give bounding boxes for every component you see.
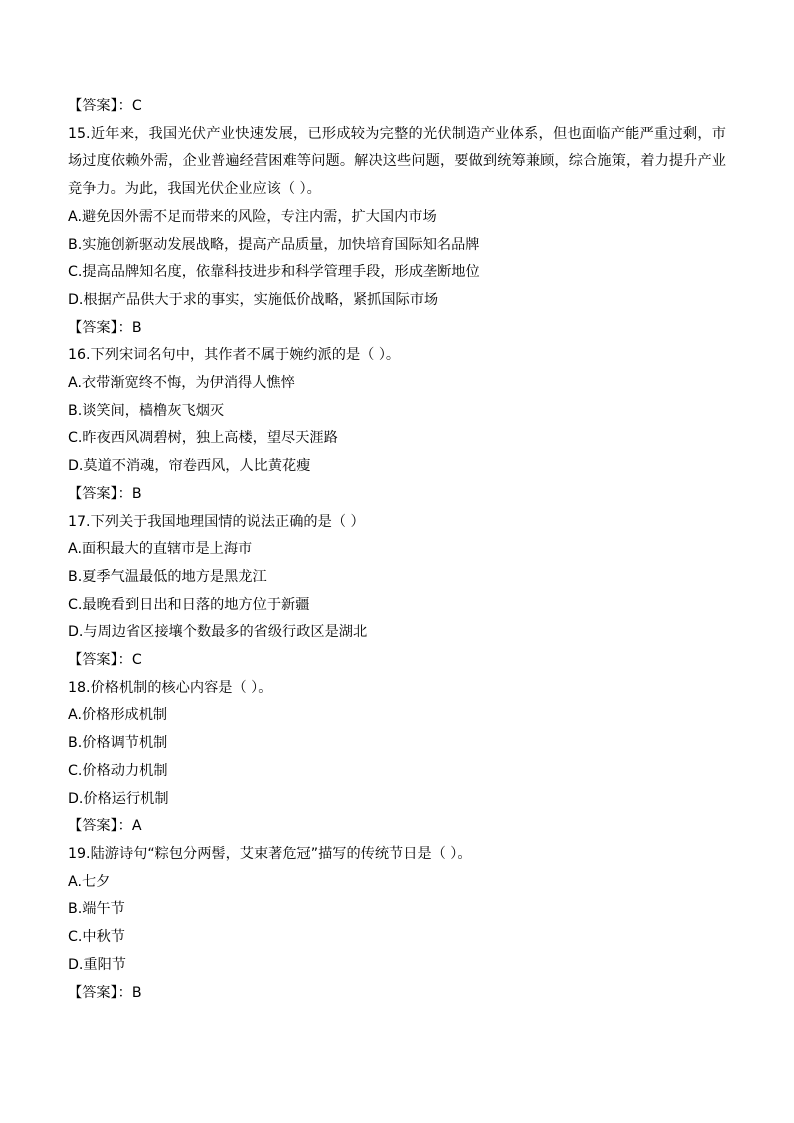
question-stem: 17.下列关于我国地理国情的说法正确的是（ ）: [68, 509, 726, 537]
option-text: C.提高品牌知名度，依靠科技进步和科学管理手段，形成垄断地位: [68, 264, 480, 280]
question-number: 19.: [68, 846, 91, 862]
answer-label: 【答案】：: [68, 98, 132, 114]
document-page: 【答案】：C 15.近年来，我国光伏产业快速发展，已形成较为完整的光伏制造产业体…: [0, 0, 794, 1123]
option-text: B.端午节: [68, 901, 125, 917]
option-text: A.避免因外需不足而带来的风险，专注内需，扩大国内市场: [68, 209, 437, 225]
answer-label: 【答案】：: [68, 320, 132, 336]
answer-label: 【答案】：: [68, 985, 132, 1001]
question-text: 陆游诗句“粽包分两髻，艾束著危冠”描写的传统节日是（ ）。: [91, 846, 472, 862]
answer-value: C: [132, 652, 142, 668]
option-line: D.根据产品供大于求的事实，实施低价战略，紧抓国际市场: [68, 287, 726, 315]
option-line: B.谈笑间，樯橹灰飞烟灭: [68, 398, 726, 426]
option-line: D.莫道不消魂，帘卷西风，人比黄花瘦: [68, 453, 726, 481]
option-text: A.价格形成机制: [68, 707, 167, 723]
answer-value: B: [132, 320, 142, 336]
option-line: D.价格运行机制: [68, 786, 726, 814]
option-text: C.价格动力机制: [68, 763, 168, 779]
option-line: A.七夕: [68, 869, 726, 897]
answer-line: 【答案】：C: [68, 93, 726, 121]
option-text: D.根据产品供大于求的事实，实施低价战略，紧抓国际市场: [68, 292, 438, 308]
option-line: A.价格形成机制: [68, 702, 726, 730]
answer-line: 【答案】：C: [68, 647, 726, 675]
option-text: B.实施创新驱动发展战略，提高产品质量，加快培育国际知名品牌: [68, 237, 480, 253]
question-stem: 18.价格机制的核心内容是（ ）。: [68, 675, 726, 703]
option-text: A.面积最大的直辖市是上海市: [68, 541, 252, 557]
question-number: 16.: [68, 347, 91, 363]
question-stem: 15.近年来，我国光伏产业快速发展，已形成较为完整的光伏制造产业体系，但也面临产…: [68, 121, 726, 204]
option-text: A.衣带渐宽终不悔，为伊消得人憔悴: [68, 375, 295, 391]
option-text: D.重阳节: [68, 957, 126, 973]
question-number: 17.: [68, 514, 91, 530]
answer-line: 【答案】：A: [68, 813, 726, 841]
question-stem: 16.下列宋词名句中，其作者不属于婉约派的是（ ）。: [68, 342, 726, 370]
option-text: D.与周边省区接壤个数最多的省级行政区是湖北: [68, 624, 367, 640]
answer-value: B: [132, 985, 142, 1001]
answer-value: B: [132, 486, 142, 502]
option-line: B.夏季气温最低的地方是黑龙江: [68, 564, 726, 592]
option-text: C.中秋节: [68, 929, 125, 945]
answer-line: 【答案】：B: [68, 980, 726, 1008]
answer-value: C: [132, 98, 142, 114]
answer-label: 【答案】：: [68, 652, 132, 668]
option-line: A.面积最大的直辖市是上海市: [68, 536, 726, 564]
question-text: 下列关于我国地理国情的说法正确的是（ ）: [91, 514, 365, 530]
option-text: D.莫道不消魂，帘卷西风，人比黄花瘦: [68, 458, 310, 474]
option-line: C.提高品牌知名度，依靠科技进步和科学管理手段，形成垄断地位: [68, 259, 726, 287]
question-text: 近年来，我国光伏产业快速发展，已形成较为完整的光伏制造产业体系，但也面临产能严重…: [68, 126, 726, 197]
option-line: D.与周边省区接壤个数最多的省级行政区是湖北: [68, 619, 726, 647]
option-line: B.端午节: [68, 896, 726, 924]
question-text: 下列宋词名句中，其作者不属于婉约派的是（ ）。: [91, 347, 401, 363]
option-text: C.昨夜西风凋碧树，独上高楼，望尽天涯路: [68, 430, 338, 446]
option-line: C.昨夜西风凋碧树，独上高楼，望尽天涯路: [68, 425, 726, 453]
answer-value: A: [132, 818, 142, 834]
option-line: B.实施创新驱动发展战略，提高产品质量，加快培育国际知名品牌: [68, 232, 726, 260]
option-text: B.夏季气温最低的地方是黑龙江: [68, 569, 267, 585]
option-text: A.七夕: [68, 874, 110, 890]
answer-label: 【答案】：: [68, 818, 132, 834]
option-line: D.重阳节: [68, 952, 726, 980]
option-text: B.谈笑间，樯橹灰飞烟灭: [68, 403, 224, 419]
option-line: A.避免因外需不足而带来的风险，专注内需，扩大国内市场: [68, 204, 726, 232]
option-text: C.最晚看到日出和日落的地方位于新疆: [68, 597, 309, 613]
question-stem: 19.陆游诗句“粽包分两髻，艾束著危冠”描写的传统节日是（ ）。: [68, 841, 726, 869]
question-number: 15.: [68, 126, 91, 142]
option-line: C.最晚看到日出和日落的地方位于新疆: [68, 592, 726, 620]
option-text: D.价格运行机制: [68, 791, 169, 807]
answer-label: 【答案】：: [68, 486, 132, 502]
answer-line: 【答案】：B: [68, 481, 726, 509]
option-line: A.衣带渐宽终不悔，为伊消得人憔悴: [68, 370, 726, 398]
answer-line: 【答案】：B: [68, 315, 726, 343]
option-text: B.价格调节机制: [68, 735, 167, 751]
question-number: 18.: [68, 680, 91, 696]
question-text: 价格机制的核心内容是（ ）。: [91, 680, 273, 696]
option-line: B.价格调节机制: [68, 730, 726, 758]
option-line: C.价格动力机制: [68, 758, 726, 786]
option-line: C.中秋节: [68, 924, 726, 952]
